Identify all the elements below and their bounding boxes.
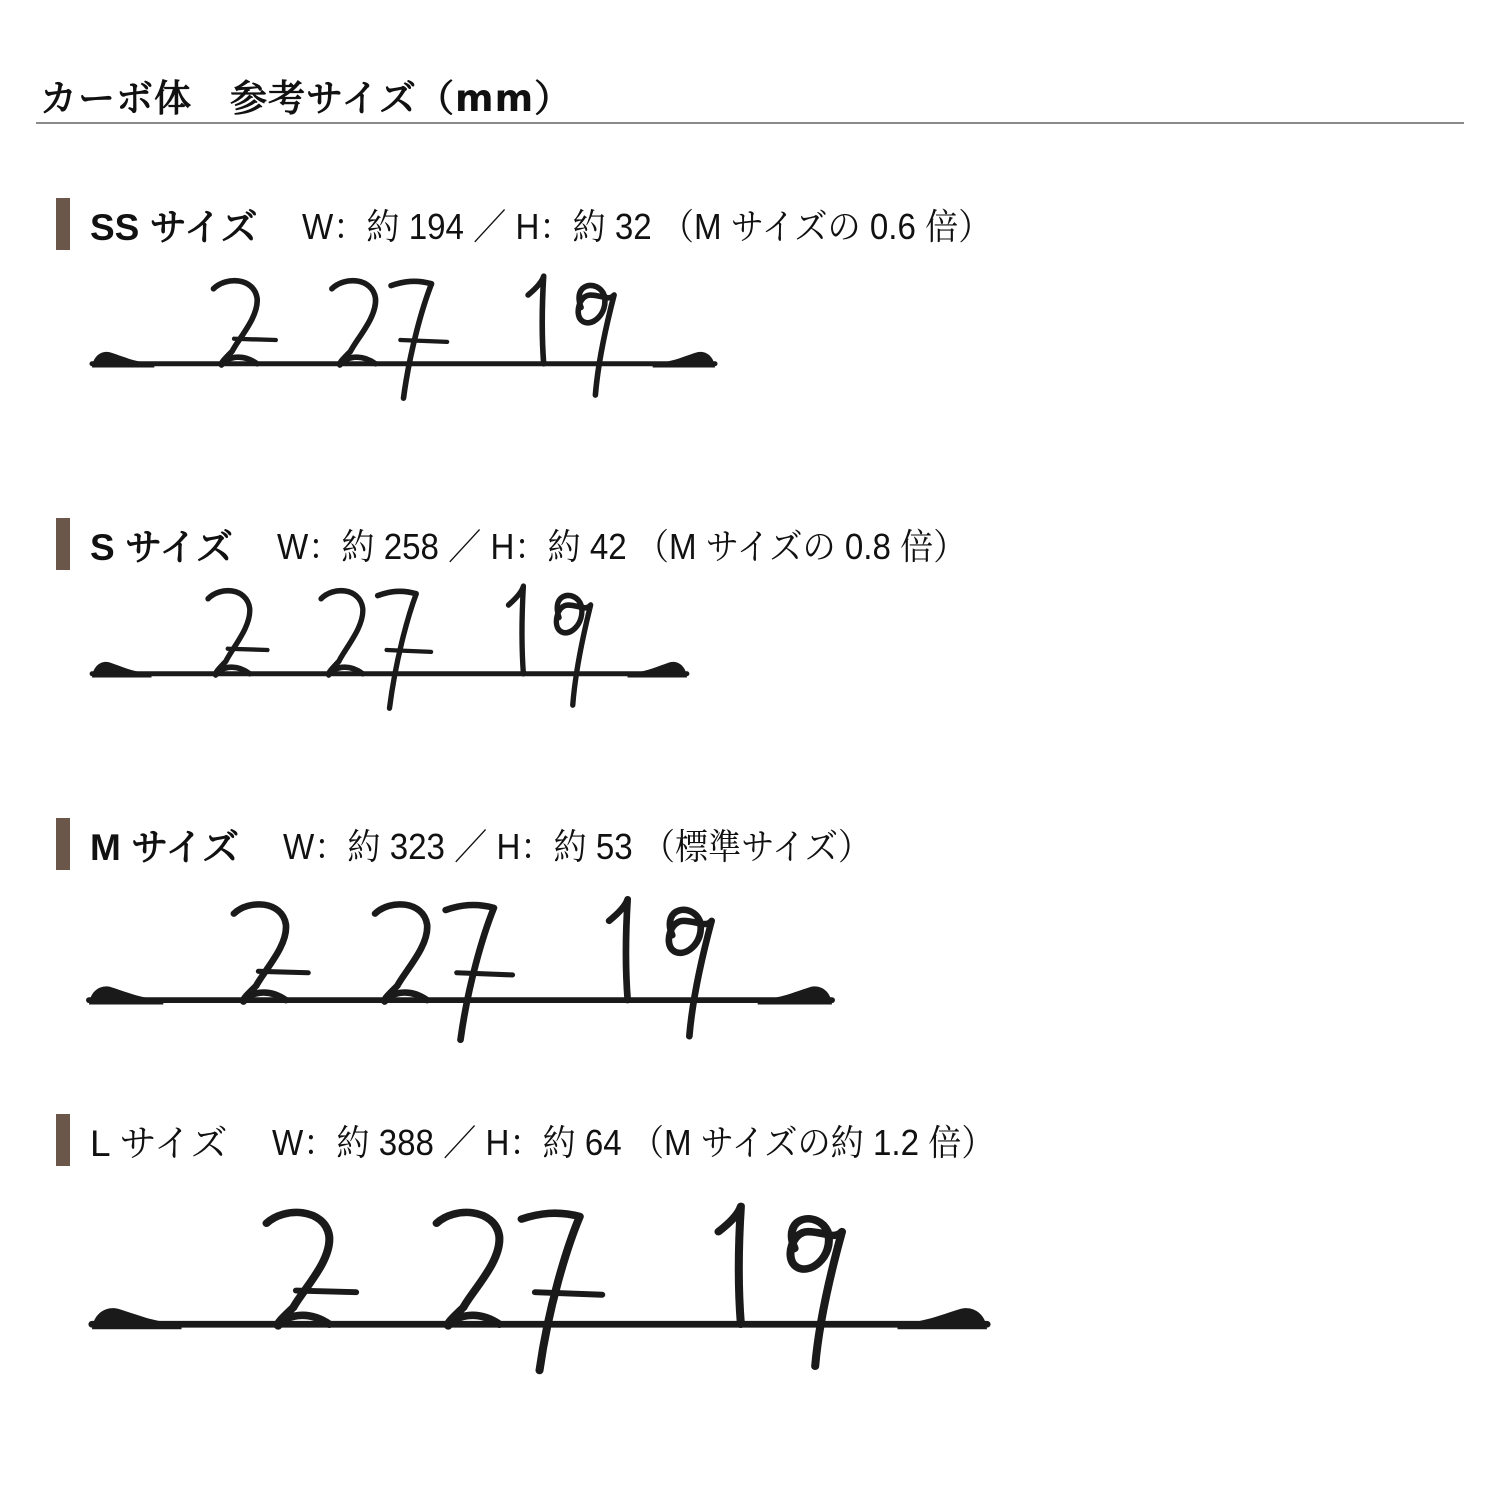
size-s-heading: S サイズ W：約 258 ／ H：約 42 （M サイズの 0.8 倍） [56, 518, 1026, 570]
accent-bar [56, 1114, 70, 1166]
accent-bar [56, 198, 70, 250]
page-title: カーボ体 参考サイズ（mm） [40, 68, 572, 122]
accent-bar [56, 518, 70, 570]
sign-sample-l [92, 1198, 987, 1373]
house-number-sign-icon [92, 270, 715, 400]
size-dimensions: W：約 323 ／ H：約 53 （標準サイズ） [283, 819, 871, 870]
sign-sample-m [89, 892, 832, 1042]
size-name: S サイズ [90, 517, 233, 571]
size-m-heading: M サイズ W：約 323 ／ H：約 53 （標準サイズ） [56, 818, 922, 870]
size-name: M サイズ [90, 817, 239, 871]
title-divider [36, 122, 1464, 124]
size-name: SS サイズ [90, 197, 258, 251]
sign-sample-s [92, 580, 687, 710]
sign-sample-ss [92, 270, 715, 400]
size-dimensions: W：約 258 ／ H：約 42 （M サイズの 0.8 倍） [277, 519, 966, 570]
size-dimensions: W：約 194 ／ H：約 32 （M サイズの 0.6 倍） [302, 199, 991, 250]
size-l-heading: L サイズ W：約 388 ／ H：約 64 （M サイズの約 1.2 倍） [56, 1114, 1057, 1166]
size-dimensions: W：約 388 ／ H：約 64 （M サイズの約 1.2 倍） [272, 1115, 994, 1166]
house-number-sign-icon [92, 580, 687, 710]
house-number-sign-icon [92, 1198, 987, 1373]
house-number-sign-icon [89, 892, 832, 1042]
size-ss-heading: SS サイズ W：約 194 ／ H：約 32 （M サイズの 0.6 倍） [56, 198, 1051, 250]
accent-bar [56, 818, 70, 870]
size-name: L サイズ [90, 1113, 228, 1167]
